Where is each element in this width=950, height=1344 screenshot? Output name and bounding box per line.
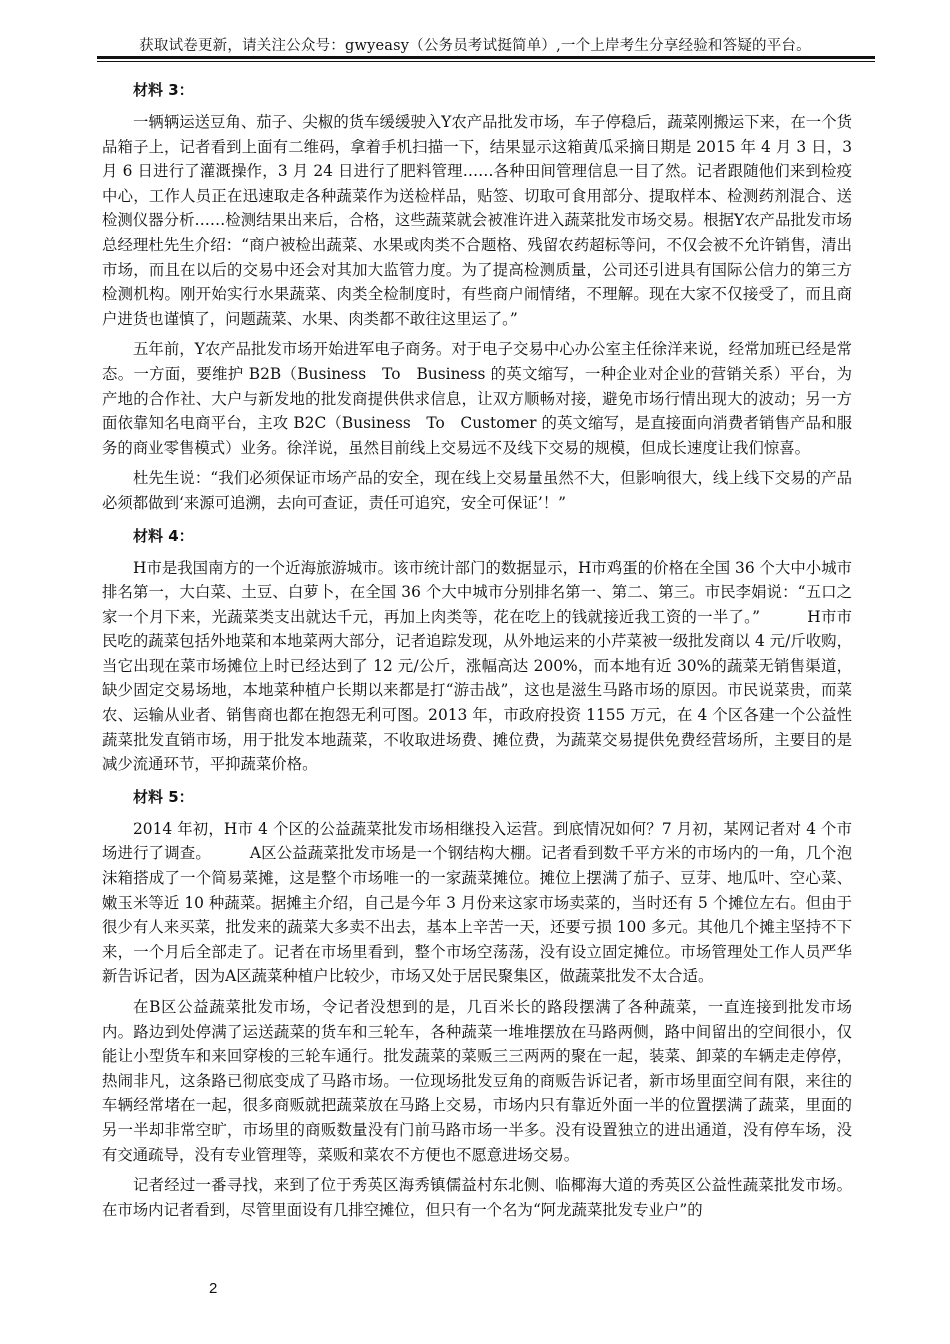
section-heading: 材料 3： [102, 78, 852, 102]
paragraph: 记者经过一番寻找，来到了位于秀英区海秀镇儒益村东北侧、临椰海大道的秀英区公益性蔬… [102, 1173, 852, 1222]
document-body: 材料 3： 一辆辆运送豆角、茄子、尖椒的货车缓缓驶入Y农产品批发市场，车子停稳后… [102, 70, 852, 1228]
section-heading: 材料 4： [102, 524, 852, 548]
material-5-section: 材料 5： 2014 年初，H市 4 个区的公益蔬菜批发市场相继投入运营。到底情… [102, 785, 852, 1223]
material-4-section: 材料 4： H市是我国南方的一个近海旅游城市。该市统计部门的数据显示，H市鸡蛋的… [102, 524, 852, 777]
header-rule-thin [97, 61, 875, 62]
header-notice: 获取试卷更新，请关注公众号：gwyeasy（公务员考试挺简单）,一个上岸考生分享… [0, 34, 950, 55]
paragraph: 在B区公益蔬菜批发市场，令记者没想到的是，几百米长的路段摆满了各种蔬菜，一直连接… [102, 995, 852, 1167]
paragraph: 杜先生说：“我们必须保证市场产品的安全，现在线上交易量虽然不大，但影响很大，线上… [102, 466, 852, 515]
paragraph: 2014 年初，H市 4 个区的公益蔬菜批发市场相继投入运营。到底情况如何？7 … [102, 817, 852, 989]
page-number: 2 [209, 1280, 217, 1297]
material-3-section: 材料 3： 一辆辆运送豆角、茄子、尖椒的货车缓缓驶入Y农产品批发市场，车子停稳后… [102, 78, 852, 516]
paragraph: H市是我国南方的一个近海旅游城市。该市统计部门的数据显示，H市鸡蛋的价格在全国 … [102, 556, 852, 777]
header-rule-thick [97, 56, 875, 59]
paragraph: 一辆辆运送豆角、茄子、尖椒的货车缓缓驶入Y农产品批发市场，车子停稳后，蔬菜刚搬运… [102, 110, 852, 331]
paragraph: 五年前，Y农产品批发市场开始进军电子商务。对于电子交易中心办公室主任徐洋来说，经… [102, 337, 852, 460]
section-heading: 材料 5： [102, 785, 852, 809]
